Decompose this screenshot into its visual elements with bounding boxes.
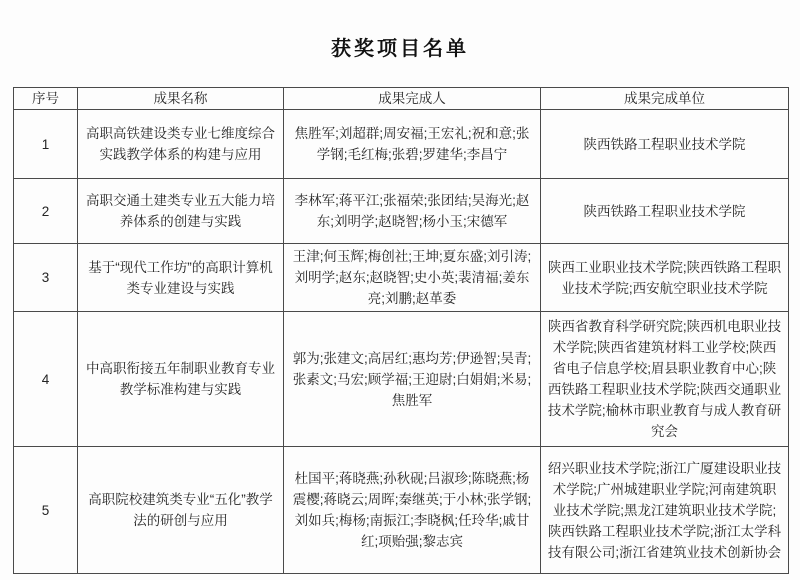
name-cell: 中高职衔接五年制职业教育专业教学标准构建与实践 [78,312,284,447]
table-body: 1高职高铁建设类专业七维度综合实践教学体系的构建与应用焦胜军;刘超群;周安福;王… [14,110,789,574]
page-title: 获奖项目名单 [0,32,800,61]
serial-cell: 1 [14,110,78,179]
people-cell: 郭为;张建文;高居红;惠均芳;伊逊智;吴青;张素文;马宏;顾学福;王迎尉;白娟娟… [284,312,541,447]
name-cell: 高职高铁建设类专业七维度综合实践教学体系的构建与应用 [78,110,284,179]
serial-cell: 5 [14,447,78,574]
org-cell: 陕西铁路工程职业技术学院 [541,110,789,179]
org-cell: 陕西省教育科学研究院;陕西机电职业技术学院;陕西省建筑材料工业学校;陕西省电子信… [541,312,789,447]
serial-cell: 4 [14,312,78,447]
table-row: 5高职院校建筑类专业“五化”教学法的研创与应用杜国平;蒋晓燕;孙秋砚;吕淑珍;陈… [14,447,789,574]
award-table: 序号成果名称成果完成人成果完成单位 1高职高铁建设类专业七维度综合实践教学体系的… [13,87,789,574]
table-header: 序号成果名称成果完成人成果完成单位 [14,88,789,110]
org-cell: 陕西铁路工程职业技术学院 [541,179,789,244]
table-row: 2高职交通土建类专业五大能力培养体系的创建与实践李林军;蒋平江;张福荣;张团结;… [14,179,789,244]
table-row: 3基于“现代工作坊”的高职计算机类专业建设与实践王津;何玉辉;梅创社;王坤;夏东… [14,244,789,312]
people-cell: 焦胜军;刘超群;周安福;王宏礼;祝和意;张学钢;毛红梅;张碧;罗建华;李昌宁 [284,110,541,179]
name-cell: 高职院校建筑类专业“五化”教学法的研创与应用 [78,447,284,574]
people-cell: 李林军;蒋平江;张福荣;张团结;吴海光;赵东;刘明学;赵晓智;杨小玉;宋德军 [284,179,541,244]
people-cell: 杜国平;蒋晓燕;孙秋砚;吕淑珍;陈晓燕;杨震樱;蒋晓云;周晖;秦继英;于小林;张… [284,447,541,574]
serial-cell: 2 [14,179,78,244]
table-row: 4中高职衔接五年制职业教育专业教学标准构建与实践郭为;张建文;高居红;惠均芳;伊… [14,312,789,447]
column-header-2: 成果完成人 [284,88,541,110]
document-page: 获奖项目名单 序号成果名称成果完成人成果完成单位 1高职高铁建设类专业七维度综合… [0,0,800,580]
people-cell: 王津;何玉辉;梅创社;王坤;夏东盛;刘引涛;刘明学;赵东;赵晓智;史小英;裴清福… [284,244,541,312]
org-cell: 陕西工业职业技术学院;陕西铁路工程职业技术学院;西安航空职业技术学院 [541,244,789,312]
column-header-1: 成果名称 [78,88,284,110]
org-cell: 绍兴职业技术学院;浙江广厦建设职业技术学院;广州城建职业学院;河南建筑职业技术学… [541,447,789,574]
name-cell: 基于“现代工作坊”的高职计算机类专业建设与实践 [78,244,284,312]
serial-cell: 3 [14,244,78,312]
column-header-3: 成果完成单位 [541,88,789,110]
table-row: 1高职高铁建设类专业七维度综合实践教学体系的构建与应用焦胜军;刘超群;周安福;王… [14,110,789,179]
name-cell: 高职交通土建类专业五大能力培养体系的创建与实践 [78,179,284,244]
table-header-row: 序号成果名称成果完成人成果完成单位 [14,88,789,110]
column-header-0: 序号 [14,88,78,110]
